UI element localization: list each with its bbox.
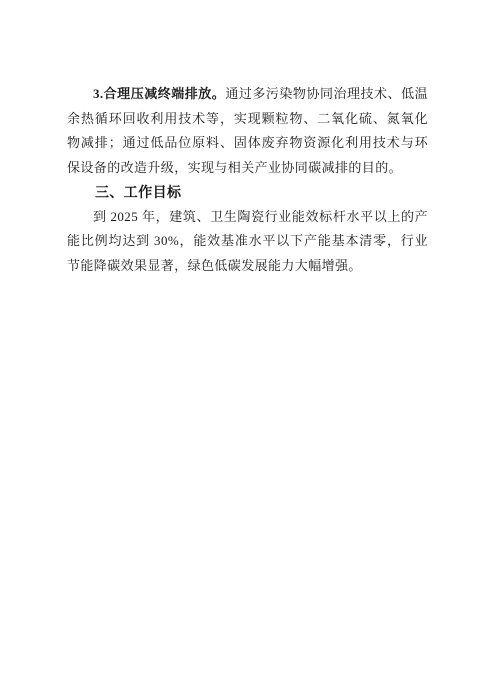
section-heading-work-goals: 三、工作目标: [67, 180, 428, 205]
document-page: 3.合理压减终端排放。通过多污染物协同治理技术、低温余热循环回收利用技术等，实现…: [0, 0, 495, 700]
paragraph-lead-bold: 3.合理压减终端排放。: [93, 86, 225, 101]
paragraph-terminal-emission: 3.合理压减终端排放。通过多污染物协同治理技术、低温余热循环回收利用技术等，实现…: [67, 82, 428, 180]
paragraph-goal: 到 2025 年，建筑、卫生陶瓷行业能效标杆水平以上的产能比例均达到 30%，能…: [67, 205, 428, 279]
